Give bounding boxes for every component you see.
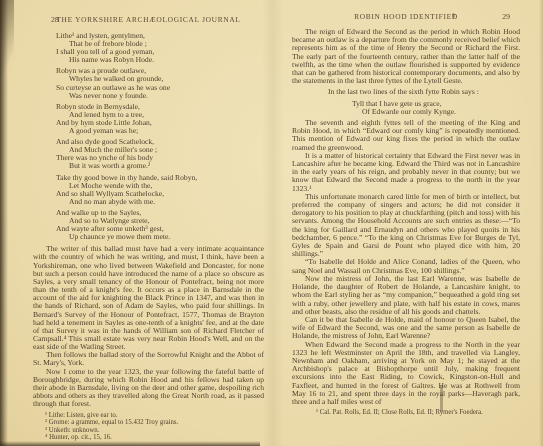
body-paragraph: “To Isabelle del Holde and Alice Conand,… xyxy=(292,258,520,274)
left-page-header: 28 THE YORKSHIRE ARCHÆOLOGICAL JOURNAL xyxy=(33,15,264,26)
body-paragraph: Now the mistress of John, the last Earl … xyxy=(292,275,520,316)
footnote: ³ Unketh: unknown. xyxy=(45,427,264,434)
poem-stanza-6: And walke up to the Sayles, And so to Wa… xyxy=(56,209,264,241)
verse-quote-block: Tyll that I have gete us grace, Of Edwar… xyxy=(352,100,520,116)
footnote: ¹ Cal. Pat. Rolls, Ed. II; Close Rolls, … xyxy=(316,409,520,416)
footnote: ⁴ Hunter, op. cit., 15, 16. xyxy=(45,434,264,441)
right-page-header: ROBIN HOOD IDENTIFIED 29 xyxy=(292,12,520,23)
ballad-verse-block: Lithe¹ and lysten, gentylmen, That be of… xyxy=(56,32,264,241)
body-paragraph: The seventh and eighth fyttes tell of th… xyxy=(292,119,520,152)
body-paragraph: When Edward the Second made a progress t… xyxy=(292,341,520,407)
body-paragraph: The reign of Edward the Second as the pe… xyxy=(292,28,520,85)
page-number-right: 29 xyxy=(502,12,510,21)
book-page-scan: 28 THE YORKSHIRE ARCHÆOLOGICAL JOURNAL L… xyxy=(0,0,543,446)
scan-shadow-top-left-corner xyxy=(0,0,14,90)
poem-stanza-3: Robyn stode in Bernysdale, And lened hym… xyxy=(56,103,264,135)
quote-intro-line: In the last two lines of the sixth fytte… xyxy=(328,88,520,96)
poem-line: A good yeman was he; xyxy=(69,127,264,135)
poem-stanza-4: And also dyde good Scathelock, And Much … xyxy=(56,138,264,170)
left-page: 28 THE YORKSHIRE ARCHÆOLOGICAL JOURNAL L… xyxy=(33,15,264,441)
right-page: ROBIN HOOD IDENTIFIED 29 The reign of Ed… xyxy=(292,12,520,416)
body-paragraph: Now I come to the year 1323, the year fo… xyxy=(33,368,264,409)
poem-line: And no man abyde with me. xyxy=(69,198,264,206)
body-paragraph: The writer of this ballad must have had … xyxy=(33,245,264,351)
body-paragraph: Then follows the ballad story of the Sor… xyxy=(33,351,264,367)
page-gutter-shadow xyxy=(262,0,284,446)
poem-line: Up chaunce ye mowe them mete. xyxy=(69,233,264,241)
footnote: ² Grome: a gramme, equal to 15.432 Troy … xyxy=(45,419,264,426)
scan-shadow-right-edge xyxy=(539,0,543,446)
scan-shadow-bottom-edge xyxy=(0,441,260,446)
poem-stanza-5: Take thy good bowe in thy hande, said Ro… xyxy=(56,174,264,206)
footnotes-block: ¹ Lithe: Listen, give ear to. ² Grome: a… xyxy=(45,412,264,440)
poem-line: But it was worth a grome.² xyxy=(69,162,264,170)
scan-shadow-left-edge xyxy=(0,0,8,446)
journal-title-running-head: THE YORKSHIRE ARCHÆOLOGICAL JOURNAL xyxy=(33,15,264,24)
poem-line: Was never none y founde. xyxy=(69,92,264,100)
poem-line: His name was Robyn Hode. xyxy=(69,56,264,64)
body-paragraph: This unfortunate monarch cared little fo… xyxy=(292,193,520,259)
poem-stanza-2: Robyn was a proude outlawe, Whyles he wa… xyxy=(56,67,264,99)
body-paragraph: It is a matter of historical certainty t… xyxy=(292,152,520,193)
footnote: ¹ Lithe: Listen, give ear to. xyxy=(45,412,264,419)
body-paragraph: Can it be that Isabelle de Holde, maid o… xyxy=(292,316,520,341)
poem-stanza-1: Lithe¹ and lysten, gentylmen, That be of… xyxy=(56,32,264,64)
chapter-title-running-head: ROBIN HOOD IDENTIFIED xyxy=(292,12,520,21)
page-number-left: 28 xyxy=(51,15,59,24)
quote-line: Of Edwarde our comly Kynge. xyxy=(362,108,520,116)
